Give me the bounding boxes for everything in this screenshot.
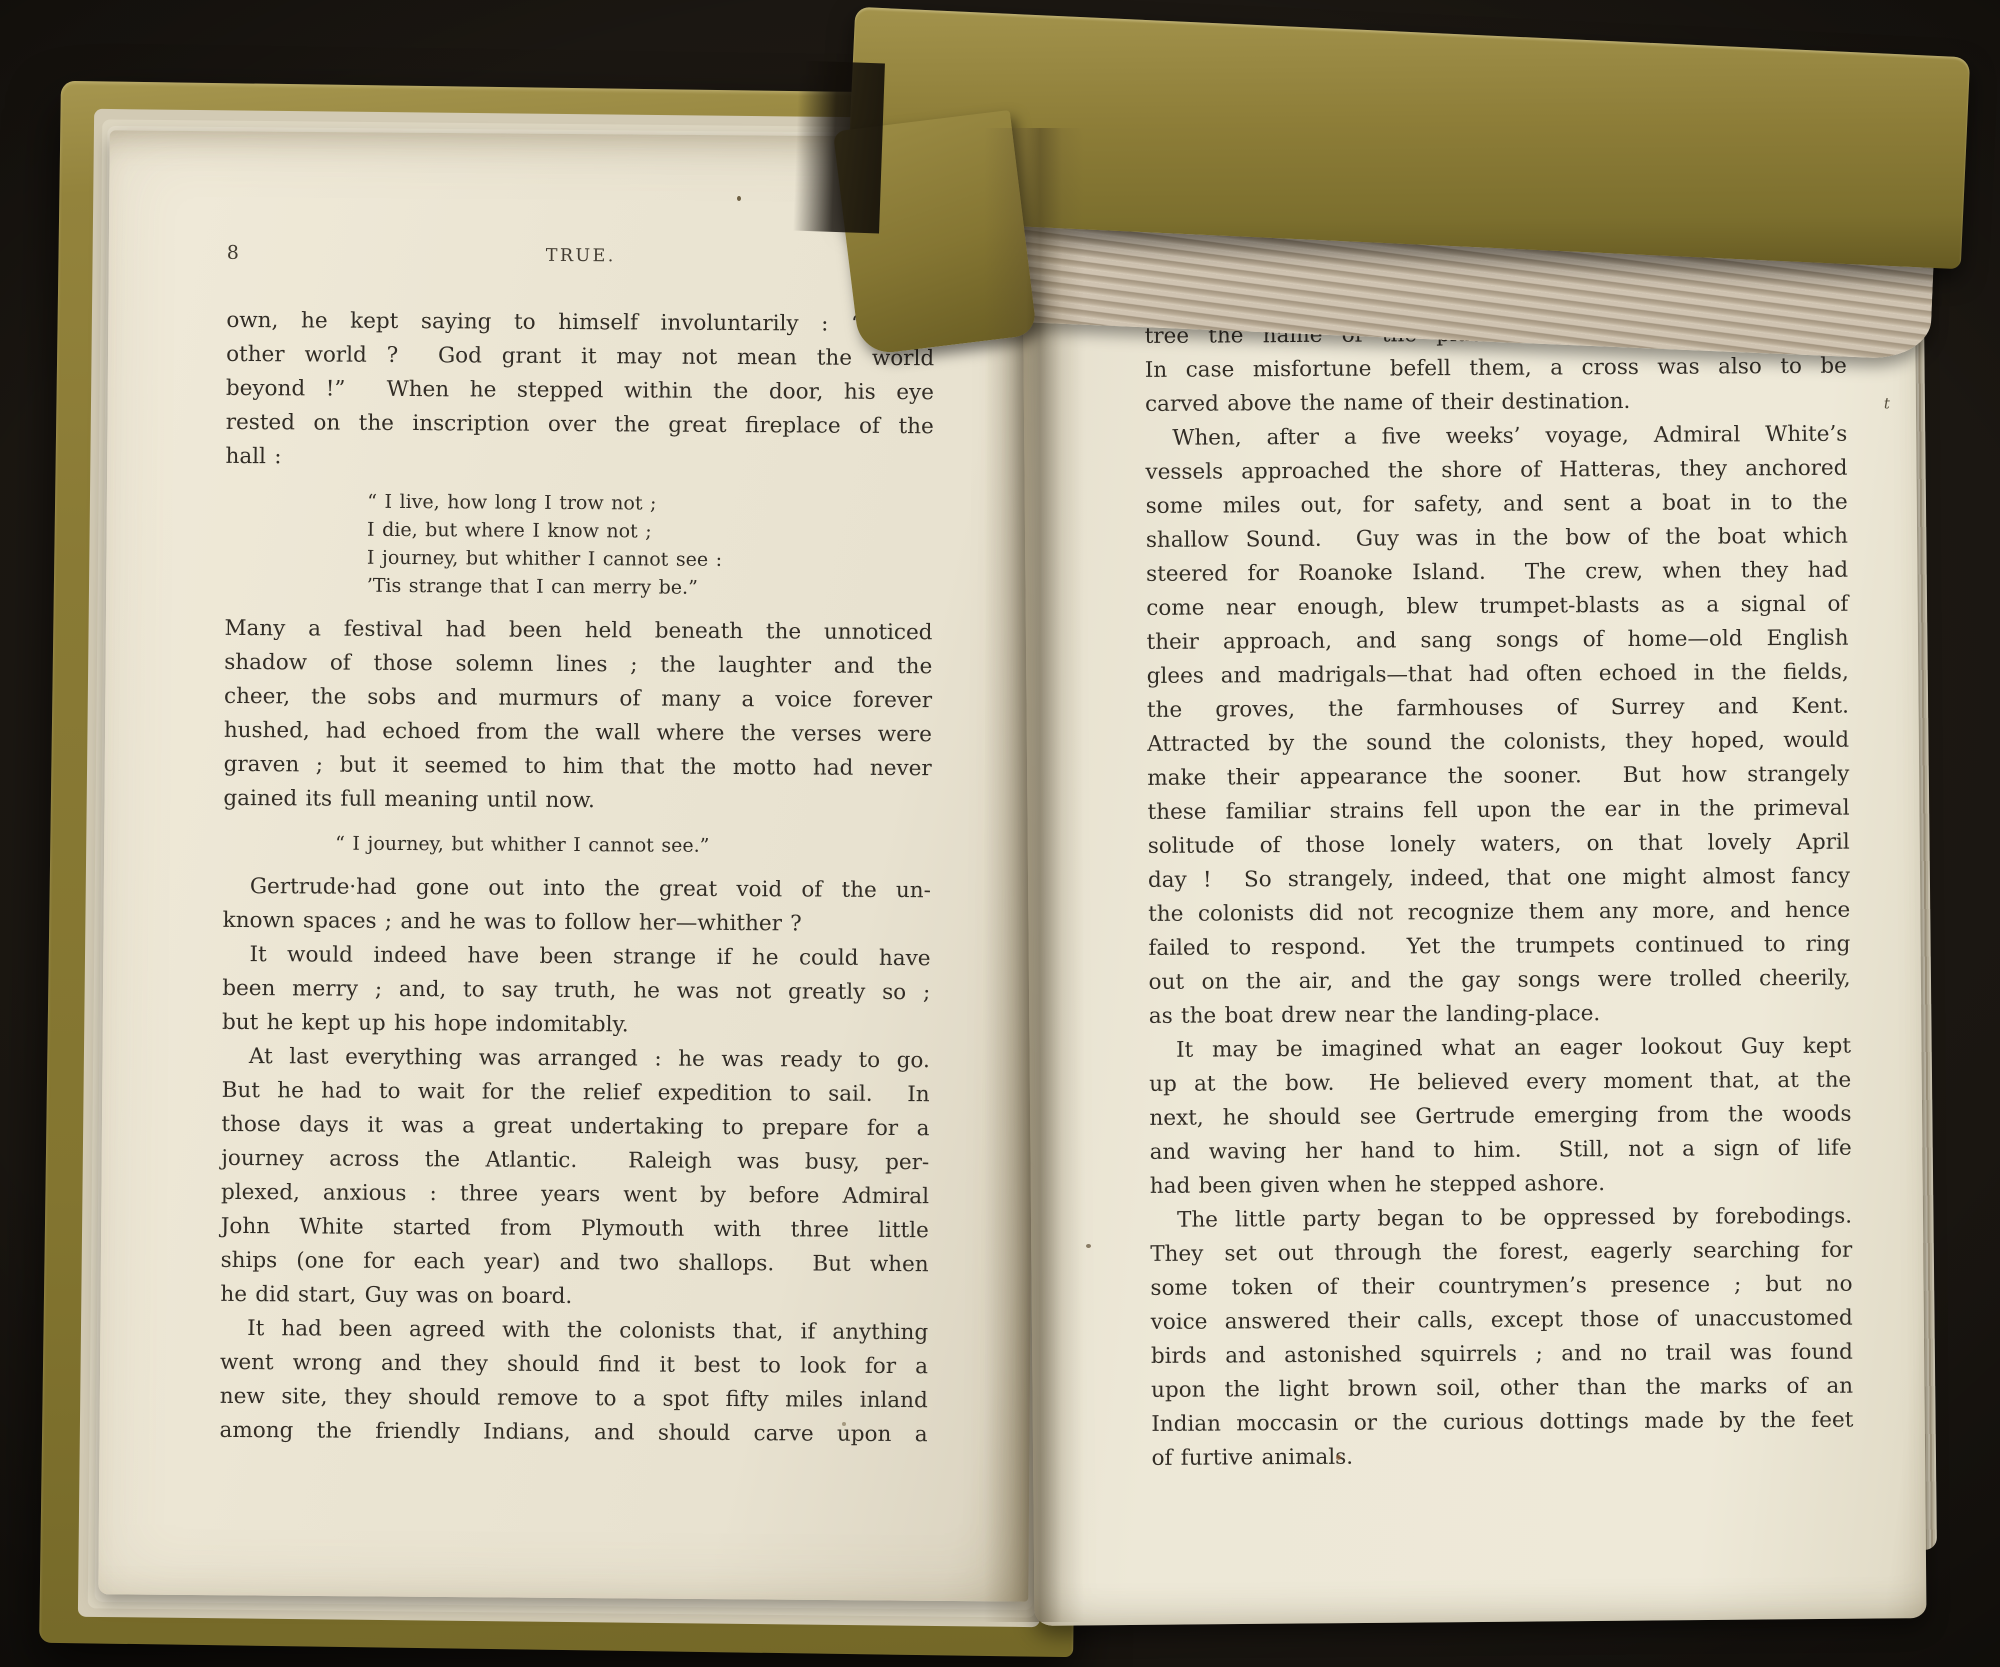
text-line: up at the bow. He believed every moment … bbox=[1149, 1064, 1851, 1102]
paragraph: own, he kept saying to himself involunta… bbox=[225, 304, 934, 478]
text-line: come near enough, blew trumpet-blasts as… bbox=[1146, 588, 1848, 626]
foxing-speck bbox=[737, 196, 741, 201]
paragraph: The little party began to be oppressed b… bbox=[1150, 1200, 1854, 1476]
text-line: Indian moccasin or the curious dottings … bbox=[1151, 1404, 1853, 1442]
text-line: But he had to wait for the relief expedi… bbox=[222, 1074, 930, 1112]
text-line: the groves, the farmhouses of Surrey and… bbox=[1147, 690, 1849, 728]
text-line: John White started from Plymouth with th… bbox=[221, 1210, 929, 1248]
text-line: glees and madrigals—that had often echoe… bbox=[1147, 656, 1849, 694]
text-line: failed to respond. Yet the trumpets cont… bbox=[1148, 928, 1850, 966]
text-line: these familiar strains fell upon the ear… bbox=[1147, 792, 1849, 830]
text-line: next, he should see Gertrude emerging fr… bbox=[1149, 1098, 1851, 1136]
text-line: The little party began to be oppressed b… bbox=[1150, 1200, 1852, 1238]
text-line: and waving her hand to him. Still, not a… bbox=[1150, 1132, 1852, 1170]
left-running-head: 8 TRUE. bbox=[227, 236, 935, 275]
text-line: beyond !” When he stepped within the doo… bbox=[226, 372, 934, 410]
text-line: “ I live, how long I trow not ; bbox=[367, 488, 933, 519]
text-line: Many a festival had been held beneath th… bbox=[224, 612, 932, 650]
text-line: journey across the Atlantic. Raleigh was… bbox=[221, 1142, 929, 1180]
text-line: he did start, Guy was on board. bbox=[220, 1278, 928, 1316]
text-line: ’Tis strange that I can merry be.” bbox=[367, 572, 933, 603]
text-line: voice answered their calls, except those… bbox=[1151, 1302, 1853, 1340]
paragraph: Many a festival had been held beneath th… bbox=[223, 612, 932, 820]
paragraph: When, after a five weeks’ voyage, Admira… bbox=[1145, 418, 1851, 1034]
text-line: Attracted by the sound the colonists, th… bbox=[1147, 724, 1849, 762]
text-line: shadow of those solemn lines ; the laugh… bbox=[224, 646, 932, 684]
text-line: It would indeed have been strange if he … bbox=[222, 938, 930, 976]
text-line: solitude of those lonely waters, on that… bbox=[1148, 826, 1850, 864]
text-line: It may be imagined what an eager lookout… bbox=[1149, 1030, 1851, 1068]
text-line: but he kept up his hope indomitably. bbox=[222, 1006, 930, 1044]
text-line: some miles out, for safety, and sent a b… bbox=[1146, 486, 1848, 524]
text-line: steered for Roanoke Island. The crew, wh… bbox=[1146, 554, 1848, 592]
text-line: It had been agreed with the colonists th… bbox=[220, 1312, 928, 1350]
text-line: birds and astonished squirrels ; and no … bbox=[1151, 1336, 1853, 1374]
spine-gap-shadow bbox=[793, 61, 885, 234]
text-line: hushed, had echoed from the wall where t… bbox=[224, 714, 932, 752]
text-line: At last everything was arranged : he was… bbox=[222, 1040, 930, 1078]
paragraph: Gertrude·had gone out into the great voi… bbox=[223, 870, 931, 942]
text-line: I die, but where I know not ; bbox=[367, 516, 933, 547]
text-line: I journey, but whither I cannot see : bbox=[367, 544, 933, 575]
paragraph: It would indeed have been strange if he … bbox=[222, 938, 931, 1044]
text-line: hall : bbox=[225, 440, 933, 478]
text-line: other world ? God grant it may not mean … bbox=[226, 338, 934, 376]
text-line: They set out through the forest, eagerly… bbox=[1150, 1234, 1852, 1272]
paragraph: At last everything was arranged : he was… bbox=[220, 1040, 930, 1316]
text-line: “ I journey, but whither I cannot see.” bbox=[335, 829, 931, 863]
text-line: those days it was a great undertaking to… bbox=[221, 1108, 929, 1146]
foxing-speck bbox=[1336, 1455, 1341, 1460]
text-line: been merry ; and, to say truth, he was n… bbox=[222, 972, 930, 1010]
text-line: Gertrude·had gone out into the great voi… bbox=[223, 870, 931, 908]
text-line: vessels approached the shore of Hatteras… bbox=[1145, 452, 1847, 490]
stray-ink-mark: t bbox=[1884, 394, 1890, 412]
text-line: out on the air, and the gay songs were t… bbox=[1149, 962, 1851, 1000]
text-line: carved above the name of their destinati… bbox=[1145, 384, 1847, 422]
photo-background: 8 TRUE. own, he kept saying to himself i… bbox=[0, 0, 2000, 1667]
text-line: of furtive animals. bbox=[1151, 1438, 1853, 1476]
text-line: upon the light brown soil, other than th… bbox=[1151, 1370, 1853, 1408]
right-page-text: HER EYES WERE GRAY. 9 tree the name of t… bbox=[1144, 248, 1853, 1476]
foxing-speck bbox=[1086, 1244, 1091, 1248]
text-line: gained its full meaning until now. bbox=[223, 782, 931, 820]
left-page-body: own, he kept saying to himself involunta… bbox=[219, 304, 934, 1452]
paragraph: “ I journey, but whither I cannot see.” bbox=[335, 829, 931, 863]
text-line: their approach, and sang songs of home—o… bbox=[1146, 622, 1848, 660]
text-line: known spaces ; and he was to follow her—… bbox=[223, 904, 931, 942]
text-line: day ! So strangely, indeed, that one mig… bbox=[1148, 860, 1850, 898]
text-line: went wrong and they should find it best … bbox=[220, 1346, 928, 1384]
running-header: TRUE. bbox=[299, 237, 863, 274]
text-line: shallow Sound. Guy was in the bow of the… bbox=[1146, 520, 1848, 558]
text-line: as the boat drew near the landing-place. bbox=[1149, 996, 1851, 1034]
text-line: make their appearance the sooner. But ho… bbox=[1147, 758, 1849, 796]
paragraph: “ I live, how long I trow not ;I die, bu… bbox=[367, 488, 934, 603]
text-line: graven ; but it seemed to him that the m… bbox=[224, 748, 932, 786]
text-line: In case misfortune befell them, a cross … bbox=[1145, 350, 1847, 388]
right-page-body: tree the name of the place to which they… bbox=[1145, 316, 1854, 1476]
text-line: had been given when he stepped ashore. bbox=[1150, 1166, 1852, 1204]
text-line: some token of their countrymen’s presenc… bbox=[1150, 1268, 1852, 1306]
text-line: cheer, the sobs and murmurs of many a vo… bbox=[224, 680, 932, 718]
paragraph: It had been agreed with the colonists th… bbox=[219, 1312, 928, 1452]
text-line: When, after a five weeks’ voyage, Admira… bbox=[1145, 418, 1847, 456]
left-page-text: 8 TRUE. own, he kept saying to himself i… bbox=[219, 236, 934, 1452]
text-line: plexed, anxious : three years went by be… bbox=[221, 1176, 929, 1214]
paragraph: It may be imagined what an eager lookout… bbox=[1149, 1030, 1852, 1204]
text-line: own, he kept saying to himself involunta… bbox=[226, 304, 934, 342]
text-line: among the friendly Indians, and should c… bbox=[219, 1414, 927, 1452]
foxing-speck bbox=[842, 1422, 846, 1426]
text-line: new site, they should remove to a spot f… bbox=[220, 1380, 928, 1418]
page-number: 8 bbox=[227, 236, 299, 270]
text-line: ships (one for each year) and two shallo… bbox=[221, 1244, 929, 1282]
text-line: rested on the inscription over the great… bbox=[226, 406, 934, 444]
text-line: the colonists did not recognize them any… bbox=[1148, 894, 1850, 932]
